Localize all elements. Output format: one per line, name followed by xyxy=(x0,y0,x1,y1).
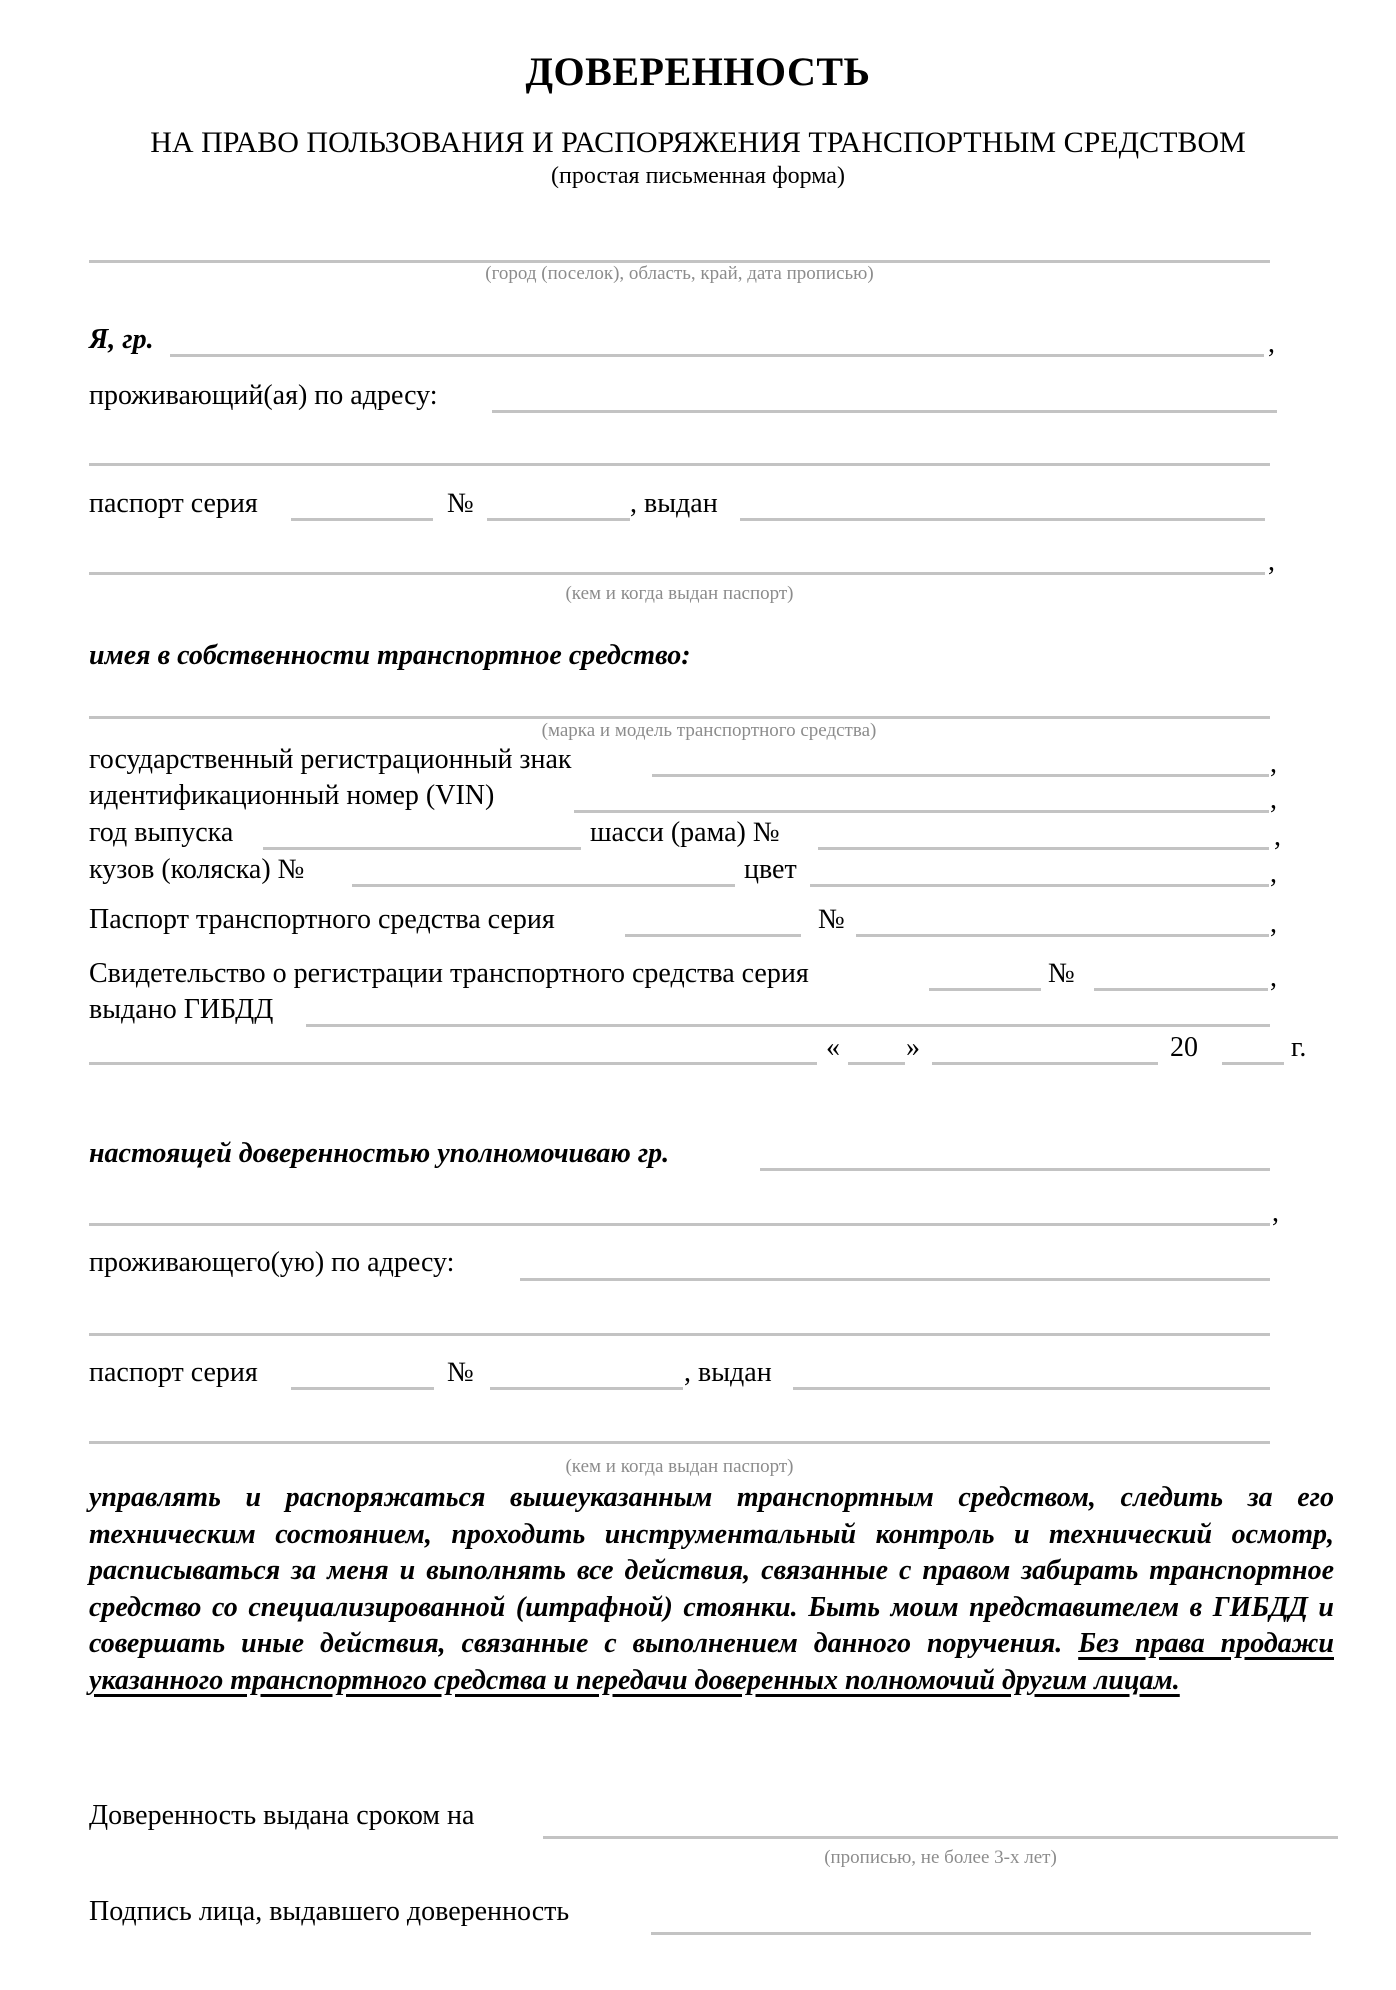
pts-number-field[interactable] xyxy=(856,934,1269,937)
attorney-passport-caption: (кем и когда выдан паспорт) xyxy=(89,1456,1270,1478)
signature-label: Подпись лица, выдавшего доверенность xyxy=(89,1896,569,1928)
color-field[interactable] xyxy=(810,884,1269,887)
chassis-label: шасси (рама) № xyxy=(590,817,780,849)
signature-field[interactable] xyxy=(651,1932,1311,1935)
term-field[interactable] xyxy=(543,1836,1338,1839)
principal-address-field[interactable] xyxy=(492,410,1277,413)
comma: , xyxy=(1268,328,1275,360)
attorney-passport-series-field[interactable] xyxy=(291,1387,434,1390)
date-century: 20 xyxy=(1170,1032,1198,1064)
date-open-quote: « xyxy=(826,1032,840,1064)
vehicle-model-field[interactable] xyxy=(89,716,1270,719)
attorney-address-label: проживающего(ую) по адресу: xyxy=(89,1247,454,1279)
attorney-passport-issued-field-2[interactable] xyxy=(89,1441,1270,1444)
comma: , xyxy=(1270,748,1277,780)
comma: , xyxy=(1270,784,1277,816)
comma: , xyxy=(1270,962,1277,994)
attorney-address-field[interactable] xyxy=(520,1278,1270,1281)
term-label: Доверенность выдана сроком на xyxy=(89,1800,474,1832)
registration-cert-series-field[interactable] xyxy=(929,988,1041,991)
registration-cert-number-sign: № xyxy=(1048,958,1075,990)
date-year-field[interactable] xyxy=(1222,1062,1284,1065)
principal-passport-issued-label: , выдан xyxy=(630,488,718,520)
document-title: ДОВЕРЕННОСТЬ xyxy=(0,48,1396,95)
powers-paragraph: управлять и распоряжаться вышеуказанным … xyxy=(89,1480,1334,1699)
comma: , xyxy=(1272,1197,1279,1229)
attorney-name-field[interactable] xyxy=(760,1168,1270,1171)
color-label: цвет xyxy=(744,854,797,886)
year-label: год выпуска xyxy=(89,817,233,849)
date-close-quote: » xyxy=(906,1032,920,1064)
place-date-caption: (город (поселок), область, край, дата пр… xyxy=(89,263,1270,285)
comma: , xyxy=(1270,908,1277,940)
pts-series-field[interactable] xyxy=(625,934,801,937)
principal-address-label: проживающий(ая) по адресу: xyxy=(89,380,438,412)
form-type-note: (простая письменная форма) xyxy=(0,163,1396,190)
principal-passport-series-field[interactable] xyxy=(291,518,433,521)
year-field[interactable] xyxy=(263,847,581,850)
date-month-field[interactable] xyxy=(932,1062,1158,1065)
attorney-name-field-2[interactable] xyxy=(89,1223,1270,1226)
attorney-heading: настоящей доверенностью уполномочиваю гр… xyxy=(89,1138,669,1170)
principal-passport-number-field[interactable] xyxy=(487,518,630,521)
gibdd-label: выдано ГИБДД xyxy=(89,994,273,1026)
vehicle-model-caption: (марка и модель транспортного средства) xyxy=(89,720,1329,742)
principal-address-field-2[interactable] xyxy=(89,463,1270,466)
date-year-suffix: г. xyxy=(1291,1032,1306,1064)
registration-cert-number-field[interactable] xyxy=(1094,988,1268,991)
term-caption: (прописью, не более 3-х лет) xyxy=(543,1847,1338,1869)
vehicle-heading: имея в собственности транспортное средст… xyxy=(89,640,691,672)
attorney-passport-series-label: паспорт серия xyxy=(89,1357,258,1389)
principal-passport-issued-field-2[interactable] xyxy=(89,572,1265,575)
attorney-passport-issued-label: , выдан xyxy=(684,1357,772,1389)
attorney-passport-issued-field[interactable] xyxy=(793,1387,1270,1390)
vin-field[interactable] xyxy=(574,810,1269,813)
attorney-passport-number-sign: № xyxy=(447,1357,474,1389)
gibdd-field-2[interactable] xyxy=(89,1062,817,1065)
vin-label: идентификационный номер (VIN) xyxy=(89,780,494,812)
gibdd-field[interactable] xyxy=(306,1024,1270,1027)
principal-passport-caption: (кем и когда выдан паспорт) xyxy=(89,583,1270,605)
registration-cert-label: Свидетельство о регистрации транспортног… xyxy=(89,958,809,990)
principal-name-field[interactable] xyxy=(170,354,1264,357)
principal-name-label: Я, гр. xyxy=(89,324,154,356)
principal-passport-series-label: паспорт серия xyxy=(89,488,258,520)
attorney-passport-number-field[interactable] xyxy=(490,1387,683,1390)
chassis-field[interactable] xyxy=(818,847,1269,850)
principal-passport-issued-field[interactable] xyxy=(740,518,1265,521)
plate-label: государственный регистрационный знак xyxy=(89,744,572,776)
body-label: кузов (коляска) № xyxy=(89,854,304,886)
plate-field[interactable] xyxy=(652,774,1269,777)
attorney-address-field-2[interactable] xyxy=(89,1333,1270,1336)
comma: , xyxy=(1268,546,1275,578)
document-subtitle: НА ПРАВО ПОЛЬЗОВАНИЯ И РАСПОРЯЖЕНИЯ ТРАН… xyxy=(0,126,1396,160)
body-field[interactable] xyxy=(352,884,735,887)
pts-number-sign: № xyxy=(818,904,845,936)
pts-series-label: Паспорт транспортного средства серия xyxy=(89,904,555,936)
principal-passport-number-sign: № xyxy=(447,488,474,520)
comma: , xyxy=(1270,858,1277,890)
date-day-field[interactable] xyxy=(848,1062,905,1065)
comma: , xyxy=(1274,821,1281,853)
